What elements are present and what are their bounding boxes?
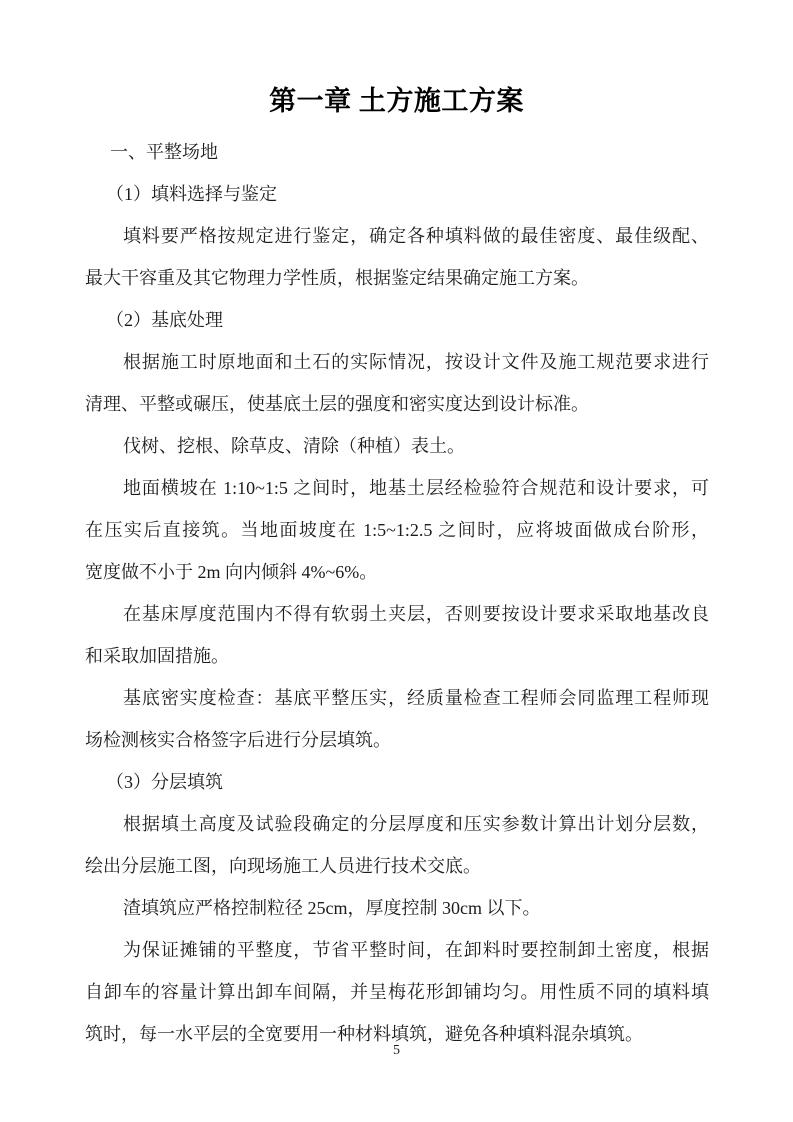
paragraph-line: 清理、平整或碾压，使基底土层的强度和密实度达到设计标准。 <box>85 383 709 425</box>
subsection-heading-1: （1）填料选择与鉴定 <box>85 173 709 215</box>
paragraph-line: 绘出分层施工图，向现场施工人员进行技术交底。 <box>85 845 709 887</box>
paragraph-line: 渣填筑应严格控制粒径 25cm，厚度控制 30cm 以下。 <box>85 887 709 929</box>
paragraph-line: 为保证摊铺的平整度，节省平整时间，在卸料时要控制卸土密度，根据 <box>85 929 709 971</box>
paragraph-line: 场检测核实合格签字后进行分层填筑。 <box>85 719 709 761</box>
paragraph-line: 在基床厚度范围内不得有软弱土夹层，否则要按设计要求采取地基改良 <box>85 593 709 635</box>
paragraph-line: 地面横坡在 1:10~1:5 之间时，地基土层经检验符合规范和设计要求，可 <box>85 467 709 509</box>
paragraph-line: 基底密实度检查：基底平整压实，经质量检查工程师会同监理工程师现 <box>85 677 709 719</box>
document-page: 第一章 土方施工方案 一、平整场地 （1）填料选择与鉴定 填料要严格按规定进行鉴… <box>0 0 793 1122</box>
subsection-heading-3: （3）分层填筑 <box>85 761 709 803</box>
paragraph-line: 和采取加固措施。 <box>85 635 709 677</box>
paragraph-line: 填料要严格按规定进行鉴定，确定各种填料做的最佳密度、最佳级配、 <box>85 215 709 257</box>
document-body: 一、平整场地 （1）填料选择与鉴定 填料要严格按规定进行鉴定，确定各种填料做的最… <box>85 131 709 1055</box>
chapter-title: 第一章 土方施工方案 <box>0 84 793 118</box>
subsection-heading-2: （2）基底处理 <box>85 299 709 341</box>
section-heading: 一、平整场地 <box>85 131 709 173</box>
paragraph-line: 根据填土高度及试验段确定的分层厚度和压实参数计算出计划分层数， <box>85 803 709 845</box>
paragraph-line: 自卸车的容量计算出卸车间隔，并呈梅花形卸铺均匀。用性质不同的填料填 <box>85 971 709 1013</box>
page-number: 5 <box>0 1042 793 1060</box>
paragraph-line: 最大干容重及其它物理力学性质，根据鉴定结果确定施工方案。 <box>85 257 709 299</box>
paragraph-line: 根据施工时原地面和土石的实际情况，按设计文件及施工规范要求进行 <box>85 341 709 383</box>
paragraph-line: 宽度做不小于 2m 向内倾斜 4%~6%。 <box>85 551 709 593</box>
paragraph-line: 在压实后直接筑。当地面坡度在 1:5~1:2.5 之间时，应将坡面做成台阶形， <box>85 509 709 551</box>
paragraph-line: 伐树、挖根、除草皮、清除（种植）表土。 <box>85 425 709 467</box>
